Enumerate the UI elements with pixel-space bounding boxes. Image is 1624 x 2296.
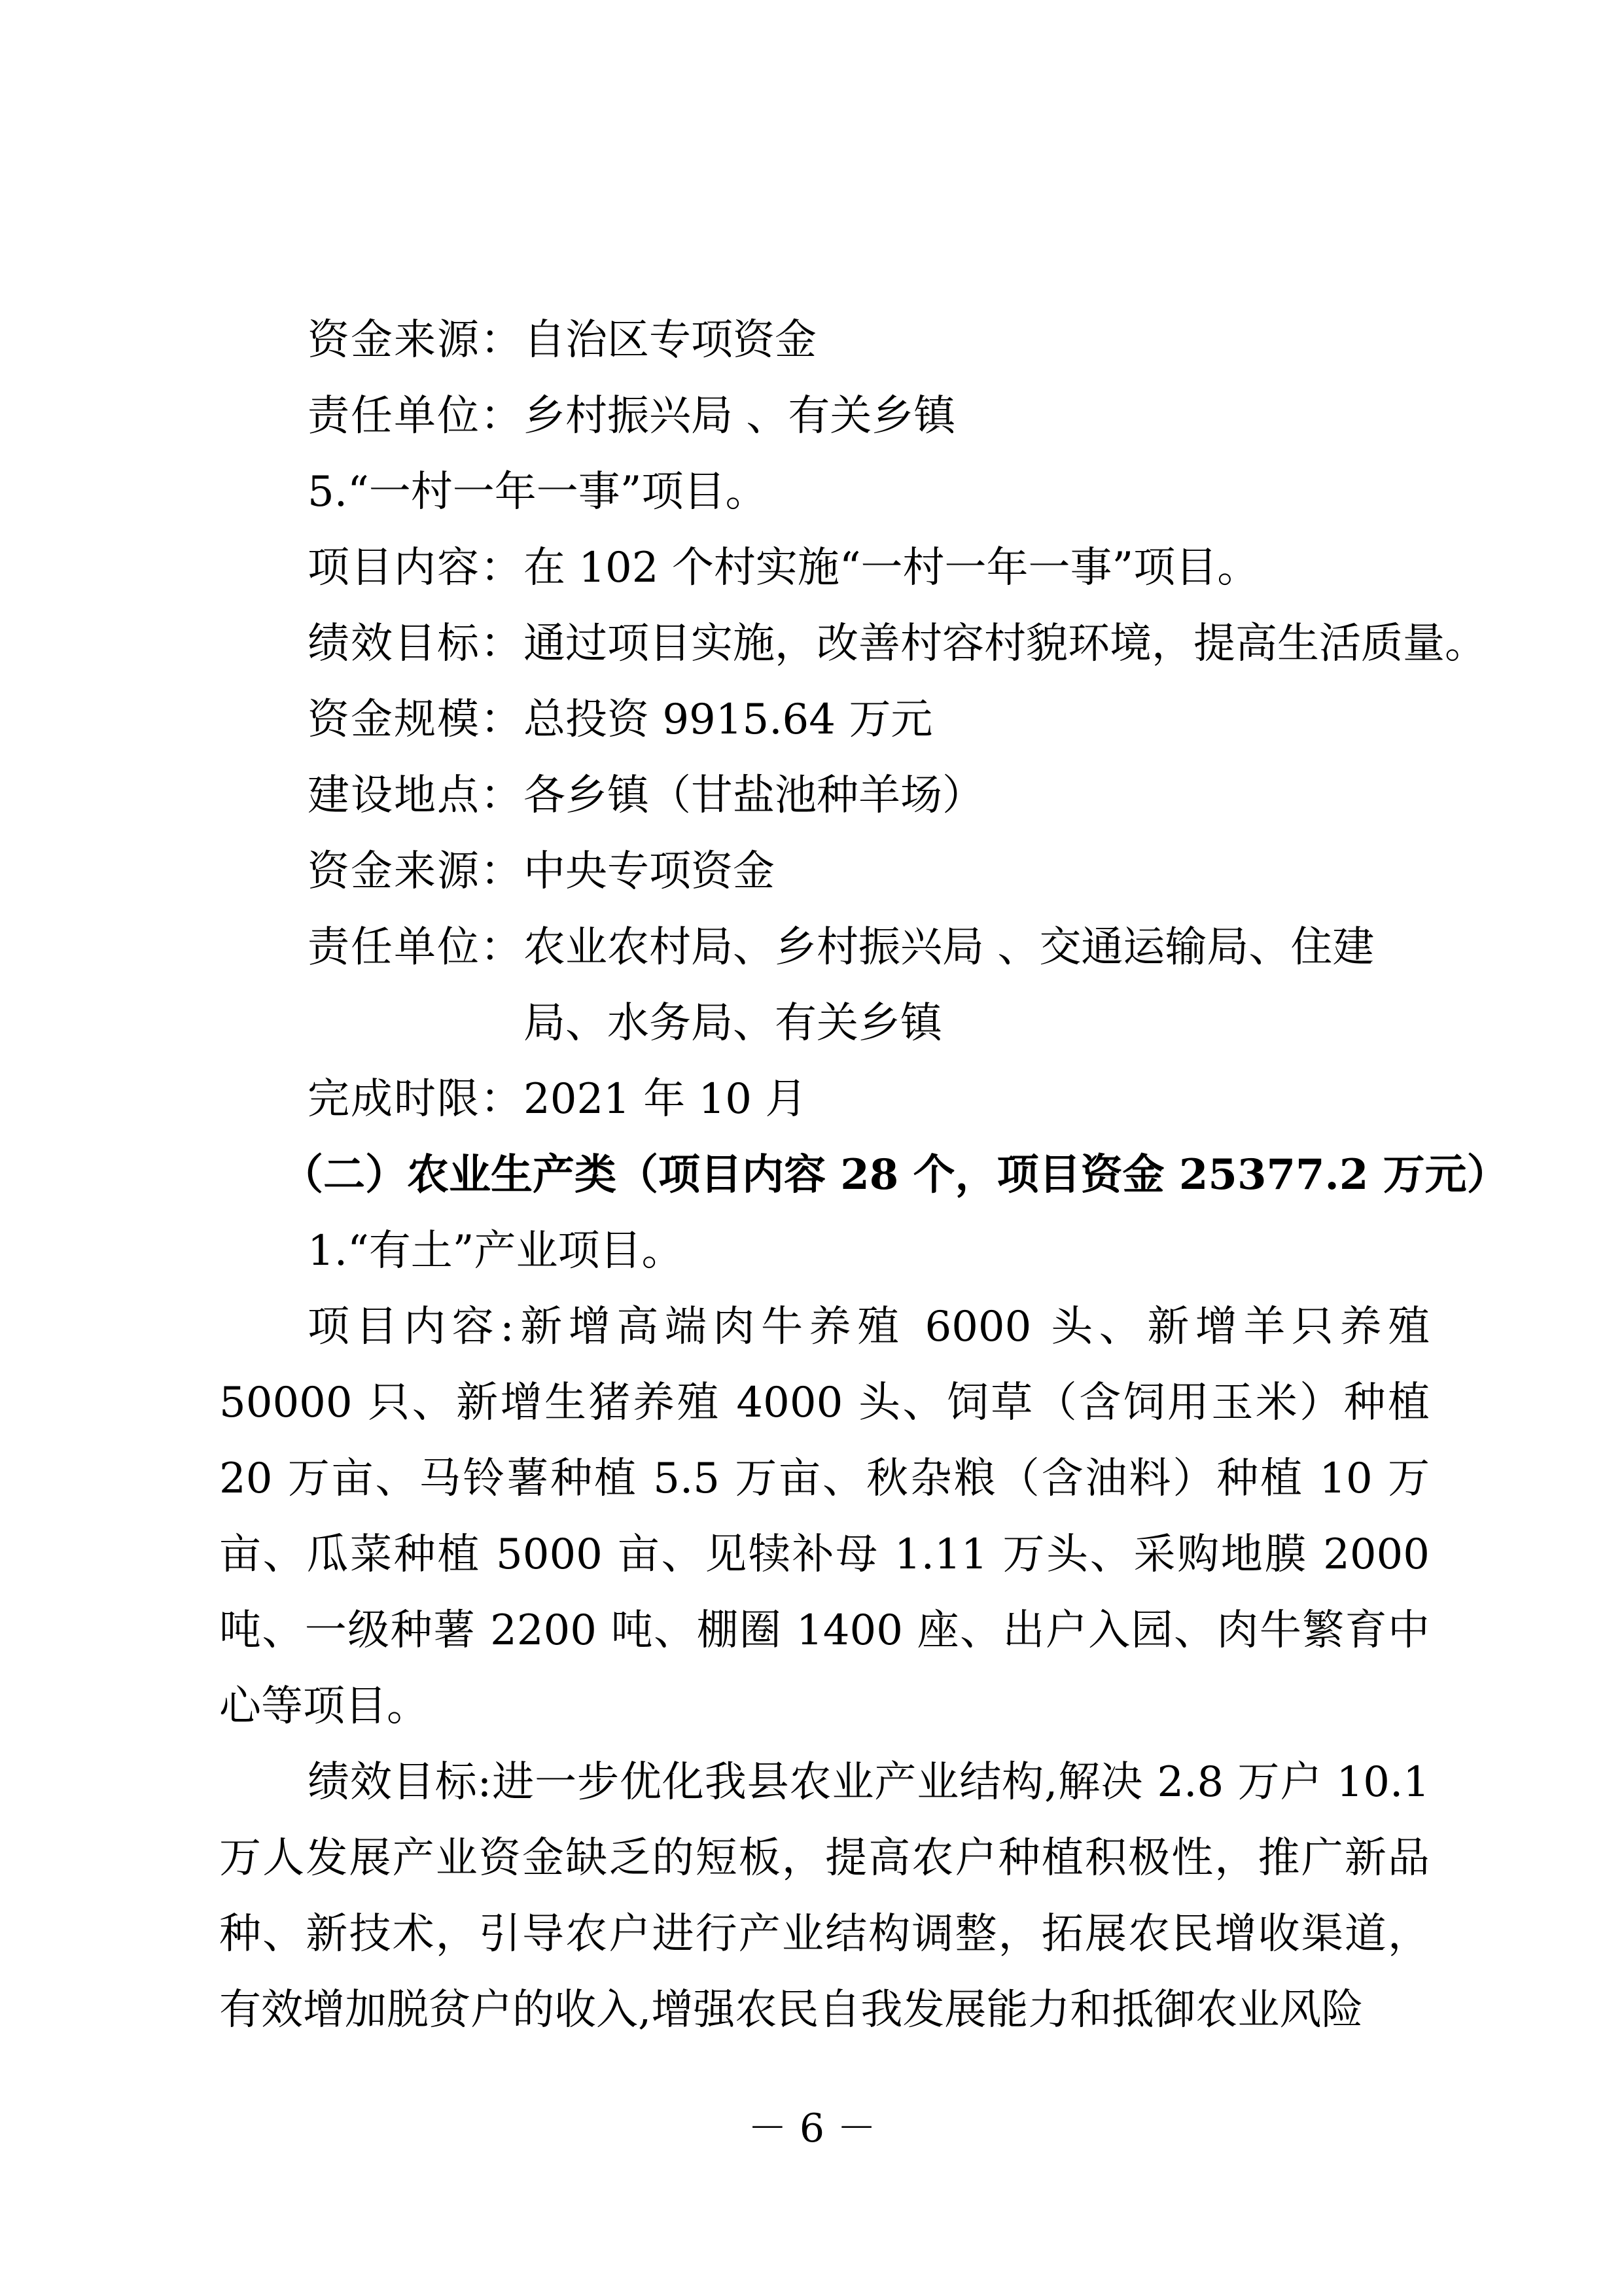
responsible-unit-line: 责任单位：乡村振兴局 、有关乡镇 [219, 378, 1430, 454]
location-line: 建设地点：各乡镇（甘盐池种羊场） [219, 758, 1430, 834]
section-heading: （二）农业生产类（项目内容 28 个，项目资金 25377.2 万元） [219, 1137, 1430, 1213]
field-label: 建设地点： [308, 771, 523, 820]
field-value: 农业农村局、乡村振兴局 、交通运输局、住建 [523, 923, 1374, 972]
performance-goal-line: 绩效目标：通过项目实施，改善村容村貌环境，提高生活质量。 [219, 606, 1430, 682]
funding-scale-line: 资金规模：总投资 9915.64 万元 [219, 682, 1430, 758]
field-value: 自治区专项资金 [523, 316, 817, 364]
item-heading: 5.“一村一年一事”项目。 [219, 454, 1430, 530]
field-value: 在 102 个村实施“一村一年一事”项目。 [523, 544, 1259, 592]
performance-goal-paragraph: 绩效目标:进一步优化我县农业产业结构,解决 2.8 万户 10.1 万人发展产业… [219, 1744, 1430, 2048]
field-value: 中央专项资金 [523, 847, 775, 896]
field-label: 完成时限： [308, 1075, 523, 1123]
project-content-paragraph: 项目内容:新增高端肉牛养殖 6000 头、新增羊只养殖 50000 只、新增生猪… [219, 1289, 1430, 1744]
field-label: 责任单位： [308, 392, 523, 440]
field-label: 项目内容: [308, 1303, 514, 1351]
document-page: 资金来源：自治区专项资金 责任单位：乡村振兴局 、有关乡镇 5.“一村一年一事”… [219, 302, 1430, 2048]
field-label: 资金来源： [308, 847, 523, 896]
field-label: 绩效目标： [308, 620, 523, 668]
field-label: 资金规模： [308, 696, 523, 744]
field-value: 各乡镇（甘盐池种羊场） [523, 771, 984, 820]
field-value: 总投资 9915.64 万元 [523, 696, 932, 744]
funding-source-line: 资金来源：中央专项资金 [219, 834, 1430, 910]
responsible-unit-line: 责任单位：农业农村局、乡村振兴局 、交通运输局、住建 [219, 910, 1430, 985]
field-label: 责任单位： [308, 923, 523, 972]
field-value: 新增高端肉牛养殖 6000 头、新增羊只养殖 50000 只、新增生猪养殖 40… [219, 1303, 1430, 1731]
project-content-line: 项目内容：在 102 个村实施“一村一年一事”项目。 [219, 530, 1430, 606]
page-number: － 6 － [0, 2097, 1624, 2153]
item-heading: 1.“有土”产业项目。 [219, 1213, 1430, 1289]
funding-source-line: 资金来源：自治区专项资金 [219, 302, 1430, 378]
field-value: 2021 年 10 月 [523, 1075, 807, 1123]
field-value: 通过项目实施，改善村容村貌环境，提高生活质量。 [523, 620, 1487, 668]
field-label: 绩效目标: [308, 1758, 491, 1807]
deadline-line: 完成时限：2021 年 10 月 [219, 1061, 1430, 1137]
field-value: 乡村振兴局 、有关乡镇 [523, 392, 955, 440]
responsible-unit-continuation: 局、水务局、有关乡镇 [219, 985, 1430, 1061]
field-label: 资金来源： [308, 316, 523, 364]
field-label: 项目内容： [308, 544, 523, 592]
